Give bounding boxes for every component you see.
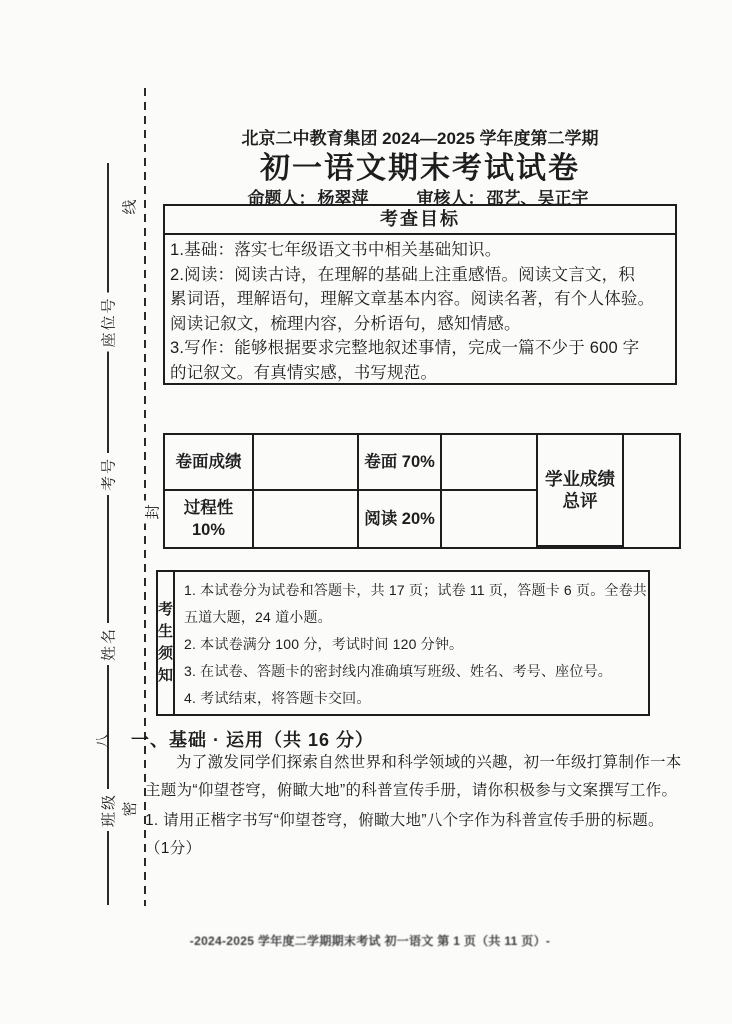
objectives-line: 2.阅读：阅读古诗，在理解的基础上注重感悟。阅读文言文，积 [170, 263, 670, 288]
notice-line: 五道大题，24 道小题。 [184, 604, 647, 631]
score-table: 卷面成绩 卷面 70% 学业成绩 总评 过程性 10% 阅读 20% [163, 433, 681, 549]
total-score-label-line2: 总评 [563, 490, 598, 512]
seat-number-label: 座位号 [96, 292, 121, 351]
objectives-box-title: 考查目标 [165, 206, 675, 235]
objectives-line: 3.写作：能够根据要求完整地叙述事情，完成一篇不少于 600 字 [170, 336, 670, 361]
intro-line: 主题为“仰望苍穹，俯瞰大地”的科普宣传手册，请你积极参与文案撰写工作。 [145, 777, 705, 805]
process-score-empty-cell [254, 491, 359, 547]
reading-weight-label-cell: 阅读 20% [359, 491, 442, 547]
question-1-line: 1. 请用正楷字书写“仰望苍穹，俯瞰大地”八个字作为科普宣传手册的标题。 [145, 807, 705, 835]
seal-char-xian: 线 [117, 195, 142, 218]
seal-char-mi: 密 [117, 797, 142, 820]
notice-label-line2: 须知 [158, 643, 173, 687]
total-score-empty-cell [624, 435, 679, 547]
total-score-label-cell: 学业成绩 总评 [538, 435, 624, 547]
notice-line: 4. 考试结束，将答题卡交回。 [184, 685, 647, 712]
objectives-line: 累词语，理解语句，理解文章基本内容。阅读名著，有个人体验。 [170, 287, 670, 312]
candidate-notice-box: 考生 须知 1. 本试卷分为试卷和答题卡，共 17 页；试卷 11 页，答题卡 … [156, 570, 650, 716]
section-one-intro: 为了激发同学们探索自然世界和科学领域的兴趣，初一年级打算制作一本 主题为“仰望苍… [145, 749, 705, 805]
question-1-points: （1分） [145, 835, 705, 863]
objectives-line: 阅读记叙文，梳理内容，分析语句，感知情感。 [170, 312, 670, 337]
total-score-label-line1: 学业成绩 [545, 468, 615, 490]
paper-weight-empty-cell [442, 435, 538, 491]
name-label: 姓名 [96, 623, 121, 665]
objectives-box: 考查目标 1.基础：落实七年级语文书中相关基础知识。 2.阅读：阅读古诗，在理解… [163, 204, 677, 385]
process-score-label-cell: 过程性 10% [165, 491, 254, 547]
exam-paper-page: 座位号 考号 姓名 班级 八 线 封 密 北京二中教育集团 2024—2025 … [0, 0, 732, 1024]
paper-score-empty-cell [254, 435, 359, 491]
reading-weight-empty-cell [442, 491, 538, 547]
notice-line: 2. 本试卷满分 100 分，考试时间 120 分钟。 [184, 631, 647, 658]
notice-line: 1. 本试卷分为试卷和答题卡，共 17 页；试卷 11 页，答题卡 6 页。全卷… [184, 577, 647, 604]
exam-title: 初一语文期末考试试卷 [150, 143, 690, 187]
paper-score-label-cell: 卷面成绩 [165, 435, 254, 491]
candidate-notice-label: 考生 须知 [158, 572, 175, 714]
class-line-mark: 八 [90, 730, 113, 751]
notice-line: 3. 在试卷、答题卡的密封线内准确填写班级、姓名、考号、座位号。 [184, 658, 647, 685]
candidate-notice-body: 1. 本试卷分为试卷和答题卡，共 17 页；试卷 11 页，答题卡 6 页。全卷… [175, 572, 655, 714]
objectives-line: 1.基础：落实七年级语文书中相关基础知识。 [170, 238, 670, 263]
process-label-line1: 过程性 [184, 497, 234, 519]
question-1: 1. 请用正楷字书写“仰望苍穹，俯瞰大地”八个字作为科普宣传手册的标题。 （1分… [145, 807, 705, 863]
objectives-line: 的记叙文。有真情实感，书写规范。 [170, 361, 670, 386]
paper-weight-label-cell: 卷面 70% [359, 435, 442, 491]
process-label-line2: 10% [192, 519, 225, 541]
objectives-body: 1.基础：落实七年级语文书中相关基础知识。 2.阅读：阅读古诗，在理解的基础上注… [165, 235, 675, 388]
exam-number-label: 考号 [96, 453, 121, 495]
seal-char-feng: 封 [140, 500, 165, 523]
intro-line: 为了激发同学们探索自然世界和科学领域的兴趣，初一年级打算制作一本 [145, 749, 705, 777]
notice-label-line1: 考生 [158, 599, 173, 643]
page-footer: -2024-2025 学年度二学期期末考试 初一语文 第 1 页（共 11 页）… [150, 932, 590, 949]
